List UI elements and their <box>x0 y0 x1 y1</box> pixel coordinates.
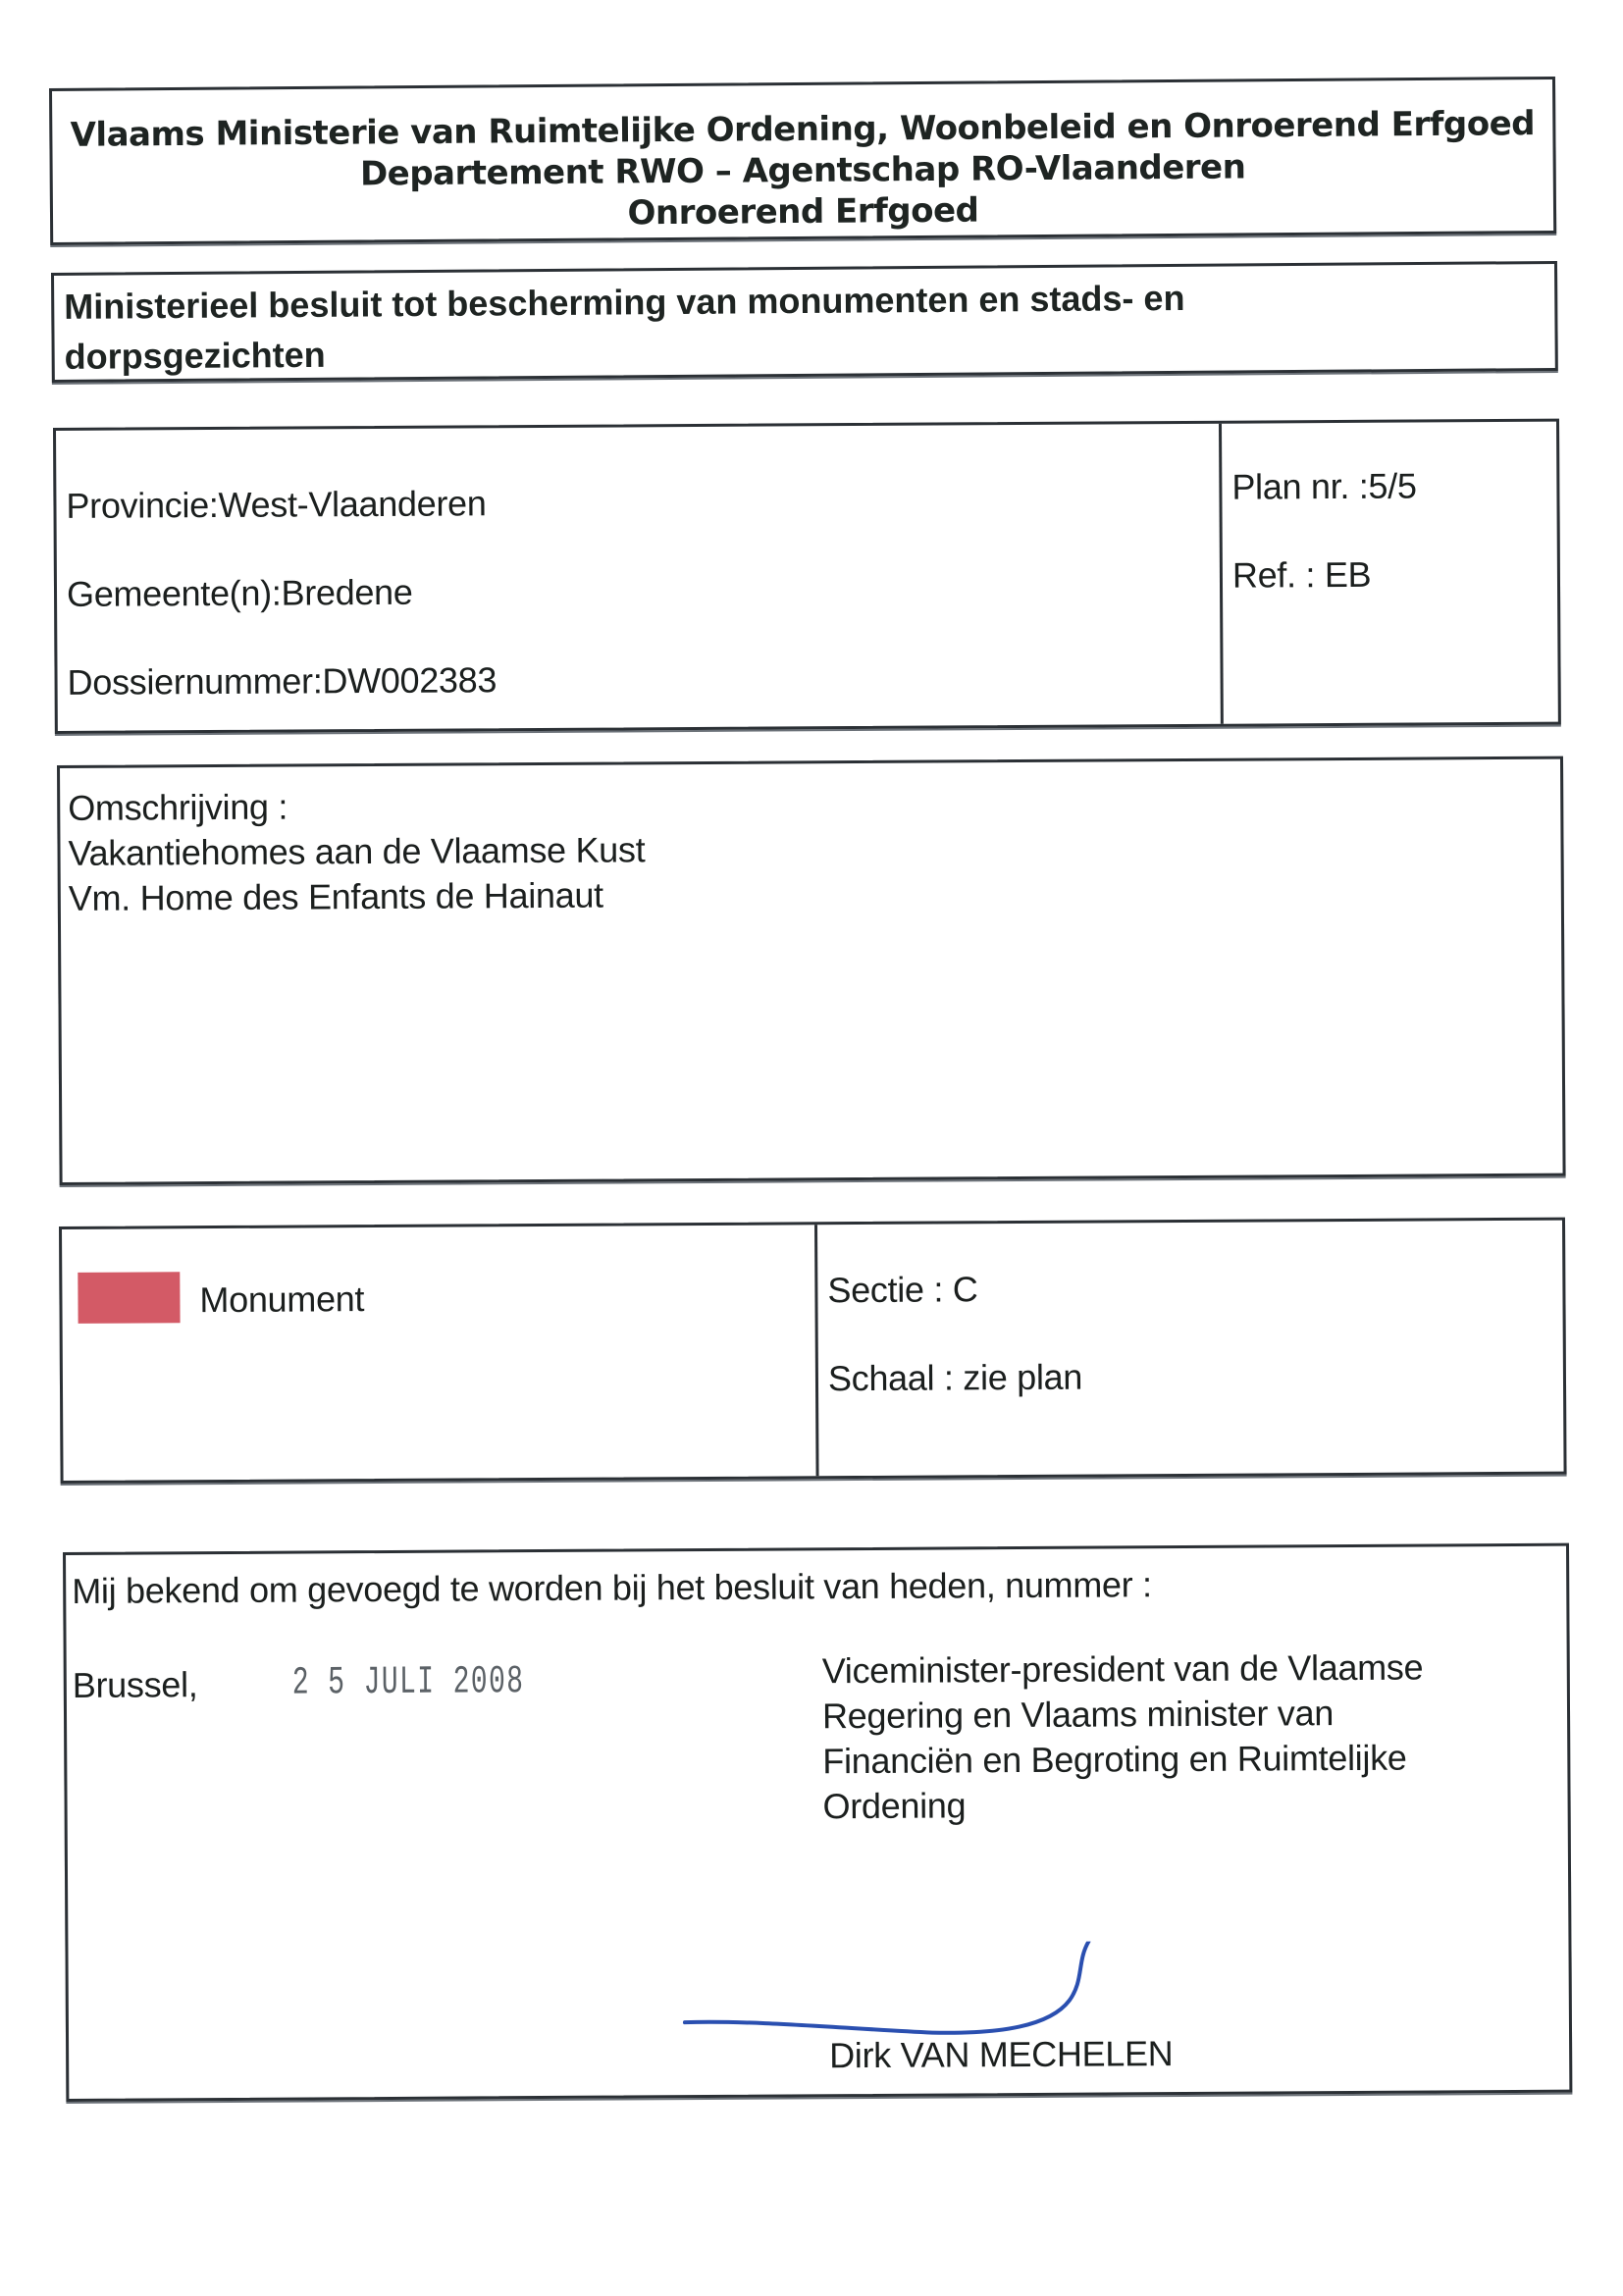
sectie-value: C <box>953 1269 978 1309</box>
ministry-header: Vlaams Ministerie van Ruimtelijke Ordeni… <box>49 77 1556 245</box>
legend-box: Monument Sectie : C Schaal : zie plan <box>59 1218 1567 1484</box>
location-fields: Provincie:West-Vlaanderen Gemeente(n):Br… <box>56 424 1224 731</box>
place-label: Brussel, <box>73 1664 198 1706</box>
document-title-line: dorpsgezichten <box>64 320 1544 382</box>
description-box: Omschrijving : Vakantiehomes aan de Vlaa… <box>57 757 1566 1185</box>
date-stamp: 2 5 JULI 2008 <box>292 1660 525 1705</box>
provincie-value: West-Vlaanderen <box>218 483 486 525</box>
reference-field: Ref. : EB <box>1232 554 1372 597</box>
plan-number-value: 5/5 <box>1368 466 1416 506</box>
signature-box: Mij bekend om gevoegd te worden bij het … <box>63 1543 1572 2102</box>
gemeente-field: Gemeente(n):Bredene <box>67 572 413 615</box>
function-line: Viceminister-president van de Vlaamse <box>822 1645 1424 1695</box>
location-info-box: Provincie:West-Vlaanderen Gemeente(n):Br… <box>53 419 1561 734</box>
signatory-function: Viceminister-president van de Vlaamse Re… <box>822 1645 1425 1830</box>
legend-label-monument: Monument <box>199 1278 364 1321</box>
schaal-value: zie plan <box>963 1357 1082 1398</box>
document-title-box: Ministerieel besluit tot bescherming van… <box>51 261 1558 383</box>
description-line: Vm. Home des Enfants de Hainaut <box>69 867 1553 921</box>
provincie-label: Provincie: <box>66 485 218 526</box>
dossier-value: DW002383 <box>322 659 497 701</box>
gemeente-value: Bredene <box>281 572 412 613</box>
legend: Monument <box>62 1225 819 1481</box>
plan-fields: Plan nr. :5/5 Ref. : EB <box>1222 422 1558 724</box>
reference-label: Ref. : <box>1232 554 1325 596</box>
schaal-field: Schaal : zie plan <box>828 1357 1082 1400</box>
plan-number-field: Plan nr. :5/5 <box>1231 466 1417 508</box>
signature-intro: Mij bekend om gevoegd te worden bij het … <box>72 1564 1152 1612</box>
plan-number-label: Plan nr. : <box>1231 466 1368 507</box>
function-line: Regering en Vlaams minister van <box>822 1691 1424 1740</box>
schaal-label: Schaal : <box>828 1357 964 1398</box>
gemeente-label: Gemeente(n): <box>67 573 282 614</box>
sectie-label: Sectie : <box>827 1269 953 1310</box>
dossier-label: Dossiernummer: <box>67 660 322 703</box>
reference-value: EB <box>1325 554 1372 595</box>
signatory-name: Dirk VAN MECHELEN <box>829 2033 1174 2076</box>
function-line: Ordening <box>822 1781 1424 1830</box>
dossier-field: Dossiernummer:DW002383 <box>67 659 497 704</box>
function-line: Financiën en Begroting en Ruimtelijke <box>822 1736 1424 1785</box>
provincie-field: Provincie:West-Vlaanderen <box>66 483 486 527</box>
document-title: Ministerieel besluit tot bescherming van… <box>54 264 1555 388</box>
monument-color-swatch <box>78 1272 180 1324</box>
map-info: Sectie : C Schaal : zie plan <box>817 1221 1564 1477</box>
sectie-field: Sectie : C <box>827 1269 977 1311</box>
